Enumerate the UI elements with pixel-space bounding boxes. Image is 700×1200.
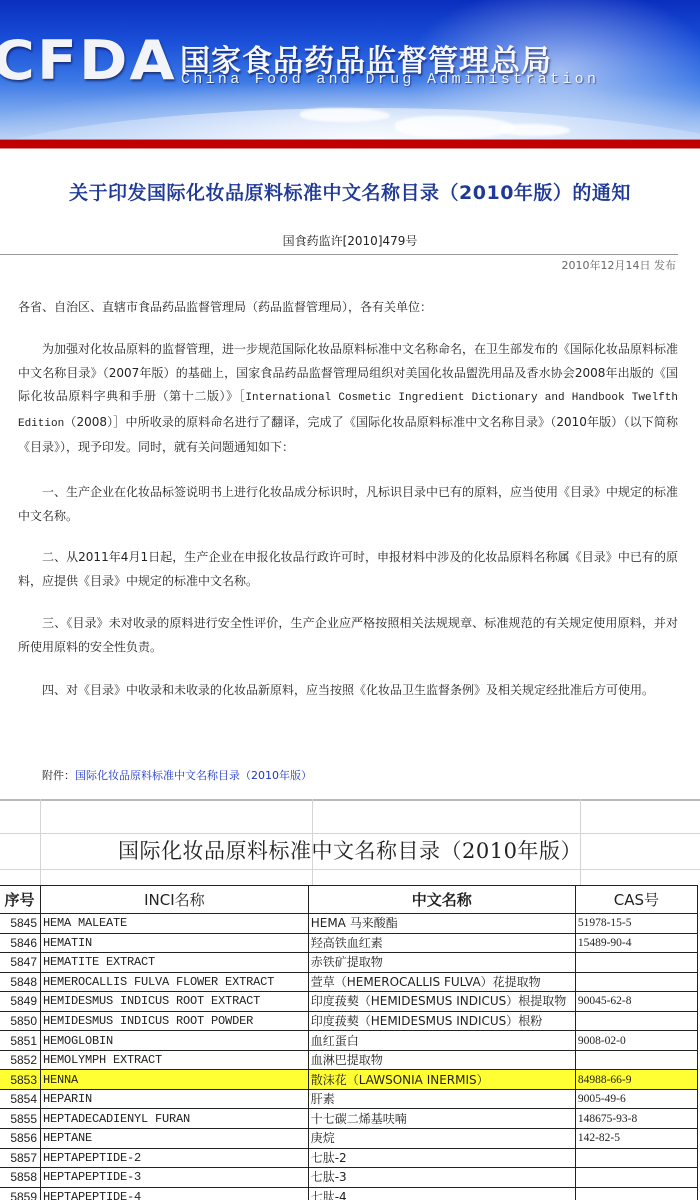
cn-cell: 七肽-3 [308, 1168, 575, 1188]
table-row: 5848HEMEROCALLIS FULVA FLOWER EXTRACT萱草（… [0, 972, 698, 992]
intro-text-2: （2008）］中所收录的原料命名进行了翻译，完成了《国际化妆品原料标准中文名称目… [18, 415, 678, 455]
item-1: 一、生产企业在化妆品标签说明书上进行化妆品成分标识时，凡标识目录中已有的原料，应… [18, 481, 678, 528]
seq-cell: 5855 [0, 1109, 41, 1129]
table-row: 5851HEMOGLOBIN血红蛋白9008-02-0 [0, 1031, 698, 1051]
continent-shape [300, 108, 390, 122]
cas-cell [575, 1187, 697, 1200]
inci-cell: HEPTAPEPTIDE-3 [41, 1168, 309, 1188]
seq-cell: 5847 [0, 953, 41, 973]
cn-cell: HEMA 马来酸酯 [308, 914, 575, 934]
ingredient-table: 序号 INCI名称 中文名称 CAS号 5845HEMA MALEATEHEMA… [0, 885, 698, 1200]
table-row: 5855HEPTADECADIENYL FURAN十七碳二烯基呋喃148675-… [0, 1109, 698, 1129]
inci-cell: HEMIDESMUS INDICUS ROOT EXTRACT [41, 992, 309, 1012]
item-4: 四、对《目录》中收录和未收录的化妆品新原料，应当按照《化妆品卫生监督条例》及相关… [18, 679, 678, 703]
cn-cell: 萱草（HEMEROCALLIS FULVA）花提取物 [308, 972, 575, 992]
item-3: 三、《目录》未对收录的原料进行安全性评价，生产企业应严格按照相关法规规章、标准规… [18, 612, 678, 659]
item-1-text: 一、生产企业在化妆品标签说明书上进行化妆品成分标识时，凡标识目录中已有的原料，应… [18, 485, 678, 523]
item-2-text: 二、从2011年4月1日起，生产企业在申报化妆品行政许可时，申报材料中涉及的化妆… [18, 550, 678, 588]
seq-cell: 5858 [0, 1168, 41, 1188]
attachment-link[interactable]: 国际化妆品原料标准中文名称目录（2010年版） [75, 769, 312, 782]
cas-cell: 148675-93-8 [575, 1109, 697, 1129]
cn-cell: 印度菝葜（HEMIDESMUS INDICUS）根提取物 [308, 992, 575, 1012]
item-3-text: 三、《目录》未对收录的原料进行安全性评价，生产企业应严格按照相关法规规章、标准规… [18, 616, 678, 654]
cas-cell [575, 972, 697, 992]
inci-cell: HEMOLYMPH EXTRACT [41, 1050, 309, 1070]
table-header-row: 序号 INCI名称 中文名称 CAS号 [0, 886, 698, 914]
cas-cell: 51978-15-5 [575, 914, 697, 934]
attachment-label: 附件： [42, 769, 75, 782]
seq-cell: 5848 [0, 972, 41, 992]
header-divider [0, 254, 678, 255]
cn-cell: 七肽-4 [308, 1187, 575, 1200]
table-row: 5859HEPTAPEPTIDE-4七肽-4 [0, 1187, 698, 1200]
cas-cell: 84988-66-9 [575, 1070, 697, 1090]
sheet-title: 国际化妆品原料标准中文名称目录（2010年版） [0, 835, 700, 865]
seq-cell: 5857 [0, 1148, 41, 1168]
document-number: 国食药监许[2010]479号 [0, 232, 700, 249]
table-row: 5852HEMOLYMPH EXTRACT血淋巴提取物 [0, 1050, 698, 1070]
seq-cell: 5852 [0, 1050, 41, 1070]
table-row: 5846HEMATIN羟高铁血红素15489-90-4 [0, 933, 698, 953]
seq-cell: 5850 [0, 1011, 41, 1031]
table-row: 5854HEPARIN肝素9005-49-6 [0, 1089, 698, 1109]
table-row: 5845HEMA MALEATEHEMA 马来酸酯51978-15-5 [0, 914, 698, 934]
cn-cell: 十七碳二烯基呋喃 [308, 1109, 575, 1129]
inci-cell: HEMA MALEATE [41, 914, 309, 934]
cfda-logo[interactable]: CFDA [0, 37, 177, 85]
item-2: 二、从2011年4月1日起，生产企业在申报化妆品行政许可时，申报材料中涉及的化妆… [18, 546, 678, 593]
org-name-en: China Food and Drug Administration [181, 71, 599, 88]
red-divider-bar [0, 139, 700, 149]
inci-cell: HENNA [41, 1070, 309, 1090]
cas-cell [575, 1050, 697, 1070]
table-row: 5847HEMATITE EXTRACT赤铁矿提取物 [0, 953, 698, 973]
salutation: 各省、自治区、直辖市食品药品监督管理局（药品监督管理局），各有关单位： [18, 296, 678, 320]
table-row: 5850HEMIDESMUS INDICUS ROOT POWDER印度菝葜（H… [0, 1011, 698, 1031]
inci-cell: HEPTAPEPTIDE-4 [41, 1187, 309, 1200]
col-header-cn: 中文名称 [308, 886, 575, 914]
table-row: 5858HEPTAPEPTIDE-3七肽-3 [0, 1168, 698, 1188]
publish-date: 2010年12月14日 发布 [562, 257, 677, 273]
seq-cell: 5845 [0, 914, 41, 934]
cas-cell [575, 953, 697, 973]
cas-cell [575, 1148, 697, 1168]
cn-cell: 赤铁矿提取物 [308, 953, 575, 973]
cn-cell: 血红蛋白 [308, 1031, 575, 1051]
inci-cell: HEMATIN [41, 933, 309, 953]
site-banner: CFDA 国家食品药品监督管理总局 China Food and Drug Ad… [0, 0, 700, 139]
cn-cell: 庚烷 [308, 1129, 575, 1149]
inci-cell: HEMATITE EXTRACT [41, 953, 309, 973]
seq-cell: 5859 [0, 1187, 41, 1200]
inci-cell: HEMOGLOBIN [41, 1031, 309, 1051]
sheet-top-border [0, 799, 700, 801]
cas-cell: 90045-62-8 [575, 992, 697, 1012]
continent-shape [500, 124, 570, 136]
seq-cell: 5854 [0, 1089, 41, 1109]
inci-cell: HEPTANE [41, 1129, 309, 1149]
gridline [0, 833, 700, 834]
cas-cell: 9008-02-0 [575, 1031, 697, 1051]
table-row: 5849HEMIDESMUS INDICUS ROOT EXTRACT印度菝葜（… [0, 992, 698, 1012]
inci-cell: HEMEROCALLIS FULVA FLOWER EXTRACT [41, 972, 309, 992]
seq-cell: 5851 [0, 1031, 41, 1051]
table-row: 5853HENNA散沫花（LAWSONIA INERMIS）84988-66-9 [0, 1070, 698, 1090]
intro-paragraph: 为加强对化妆品原料的监督管理，进一步规范国际化妆品原料标准中文名称命名，在卫生部… [18, 338, 678, 460]
cn-cell: 羟高铁血红素 [308, 933, 575, 953]
catalog-spreadsheet: 国际化妆品原料标准中文名称目录（2010年版） 序号 INCI名称 中文名称 C… [0, 799, 700, 1200]
seq-cell: 5853 [0, 1070, 41, 1090]
table-row: 5856HEPTANE庚烷142-82-5 [0, 1129, 698, 1149]
cn-cell: 印度菝葜（HEMIDESMUS INDICUS）根粉 [308, 1011, 575, 1031]
inci-cell: HEPTADECADIENYL FURAN [41, 1109, 309, 1129]
cas-cell: 142-82-5 [575, 1129, 697, 1149]
article-title: 关于印发国际化妆品原料标准中文名称目录（2010年版）的通知 [0, 178, 700, 205]
cn-cell: 肝素 [308, 1089, 575, 1109]
cn-cell: 散沫花（LAWSONIA INERMIS） [308, 1070, 575, 1090]
seq-cell: 5846 [0, 933, 41, 953]
seq-cell: 5849 [0, 992, 41, 1012]
attachment-line: 附件：国际化妆品原料标准中文名称目录（2010年版） [42, 767, 312, 783]
inci-cell: HEPTAPEPTIDE-2 [41, 1148, 309, 1168]
col-header-seq: 序号 [0, 886, 41, 914]
seq-cell: 5856 [0, 1129, 41, 1149]
item-4-text: 四、对《目录》中收录和未收录的化妆品新原料，应当按照《化妆品卫生监督条例》及相关… [42, 683, 654, 697]
cas-cell: 9005-49-6 [575, 1089, 697, 1109]
col-header-inci: INCI名称 [41, 886, 309, 914]
cas-cell: 15489-90-4 [575, 933, 697, 953]
cn-cell: 血淋巴提取物 [308, 1050, 575, 1070]
cas-cell [575, 1168, 697, 1188]
continent-shape [395, 116, 515, 138]
cn-cell: 七肽-2 [308, 1148, 575, 1168]
col-header-cas: CAS号 [575, 886, 697, 914]
table-row: 5857HEPTAPEPTIDE-2七肽-2 [0, 1148, 698, 1168]
gridline [0, 869, 700, 870]
cas-cell [575, 1011, 697, 1031]
inci-cell: HEPARIN [41, 1089, 309, 1109]
inci-cell: HEMIDESMUS INDICUS ROOT POWDER [41, 1011, 309, 1031]
